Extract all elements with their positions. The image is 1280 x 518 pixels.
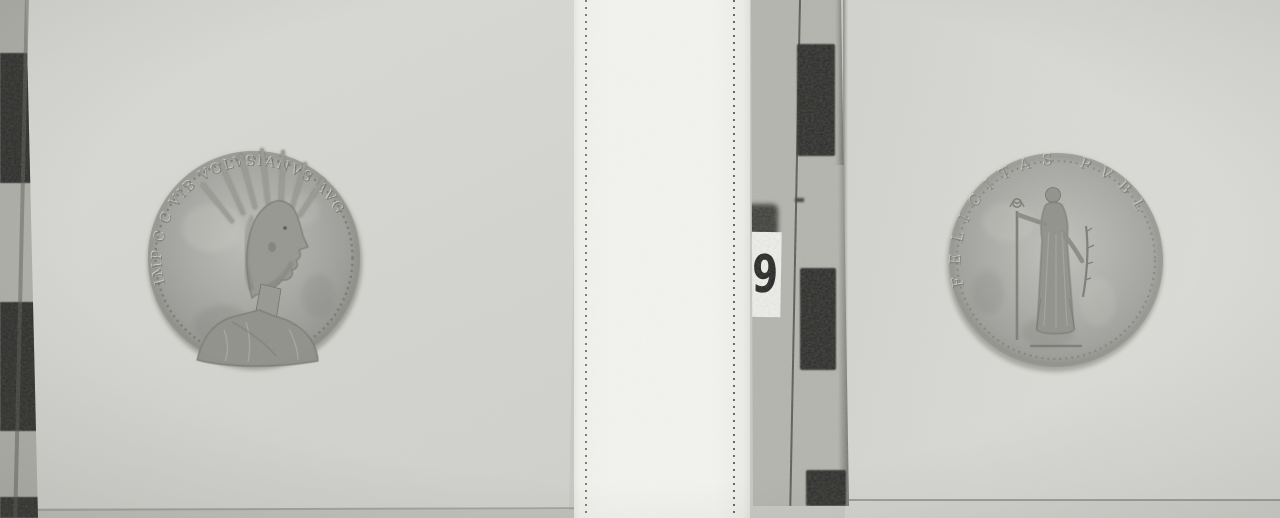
specimen-number: 9: [752, 248, 779, 300]
center-scale-strip: 9: [749, 0, 850, 506]
reverse-card-bottom-edge: [845, 499, 1280, 501]
scale-tick: [795, 198, 804, 202]
obverse-photo-card: [20, 0, 578, 510]
scale-black-segment: [797, 44, 835, 156]
white-backing-strip: [574, 0, 750, 518]
scale-black-segment: [800, 268, 836, 370]
scale-black-segment: [0, 497, 40, 518]
backing-below-right-card: [845, 501, 1280, 518]
perforation-dots-right: [733, 0, 735, 518]
photograph: 9: [0, 0, 1280, 518]
specimen-number-label: 9: [749, 232, 781, 318]
perforation-dots-left: [585, 0, 587, 518]
reverse-photo-card: [845, 0, 1280, 500]
